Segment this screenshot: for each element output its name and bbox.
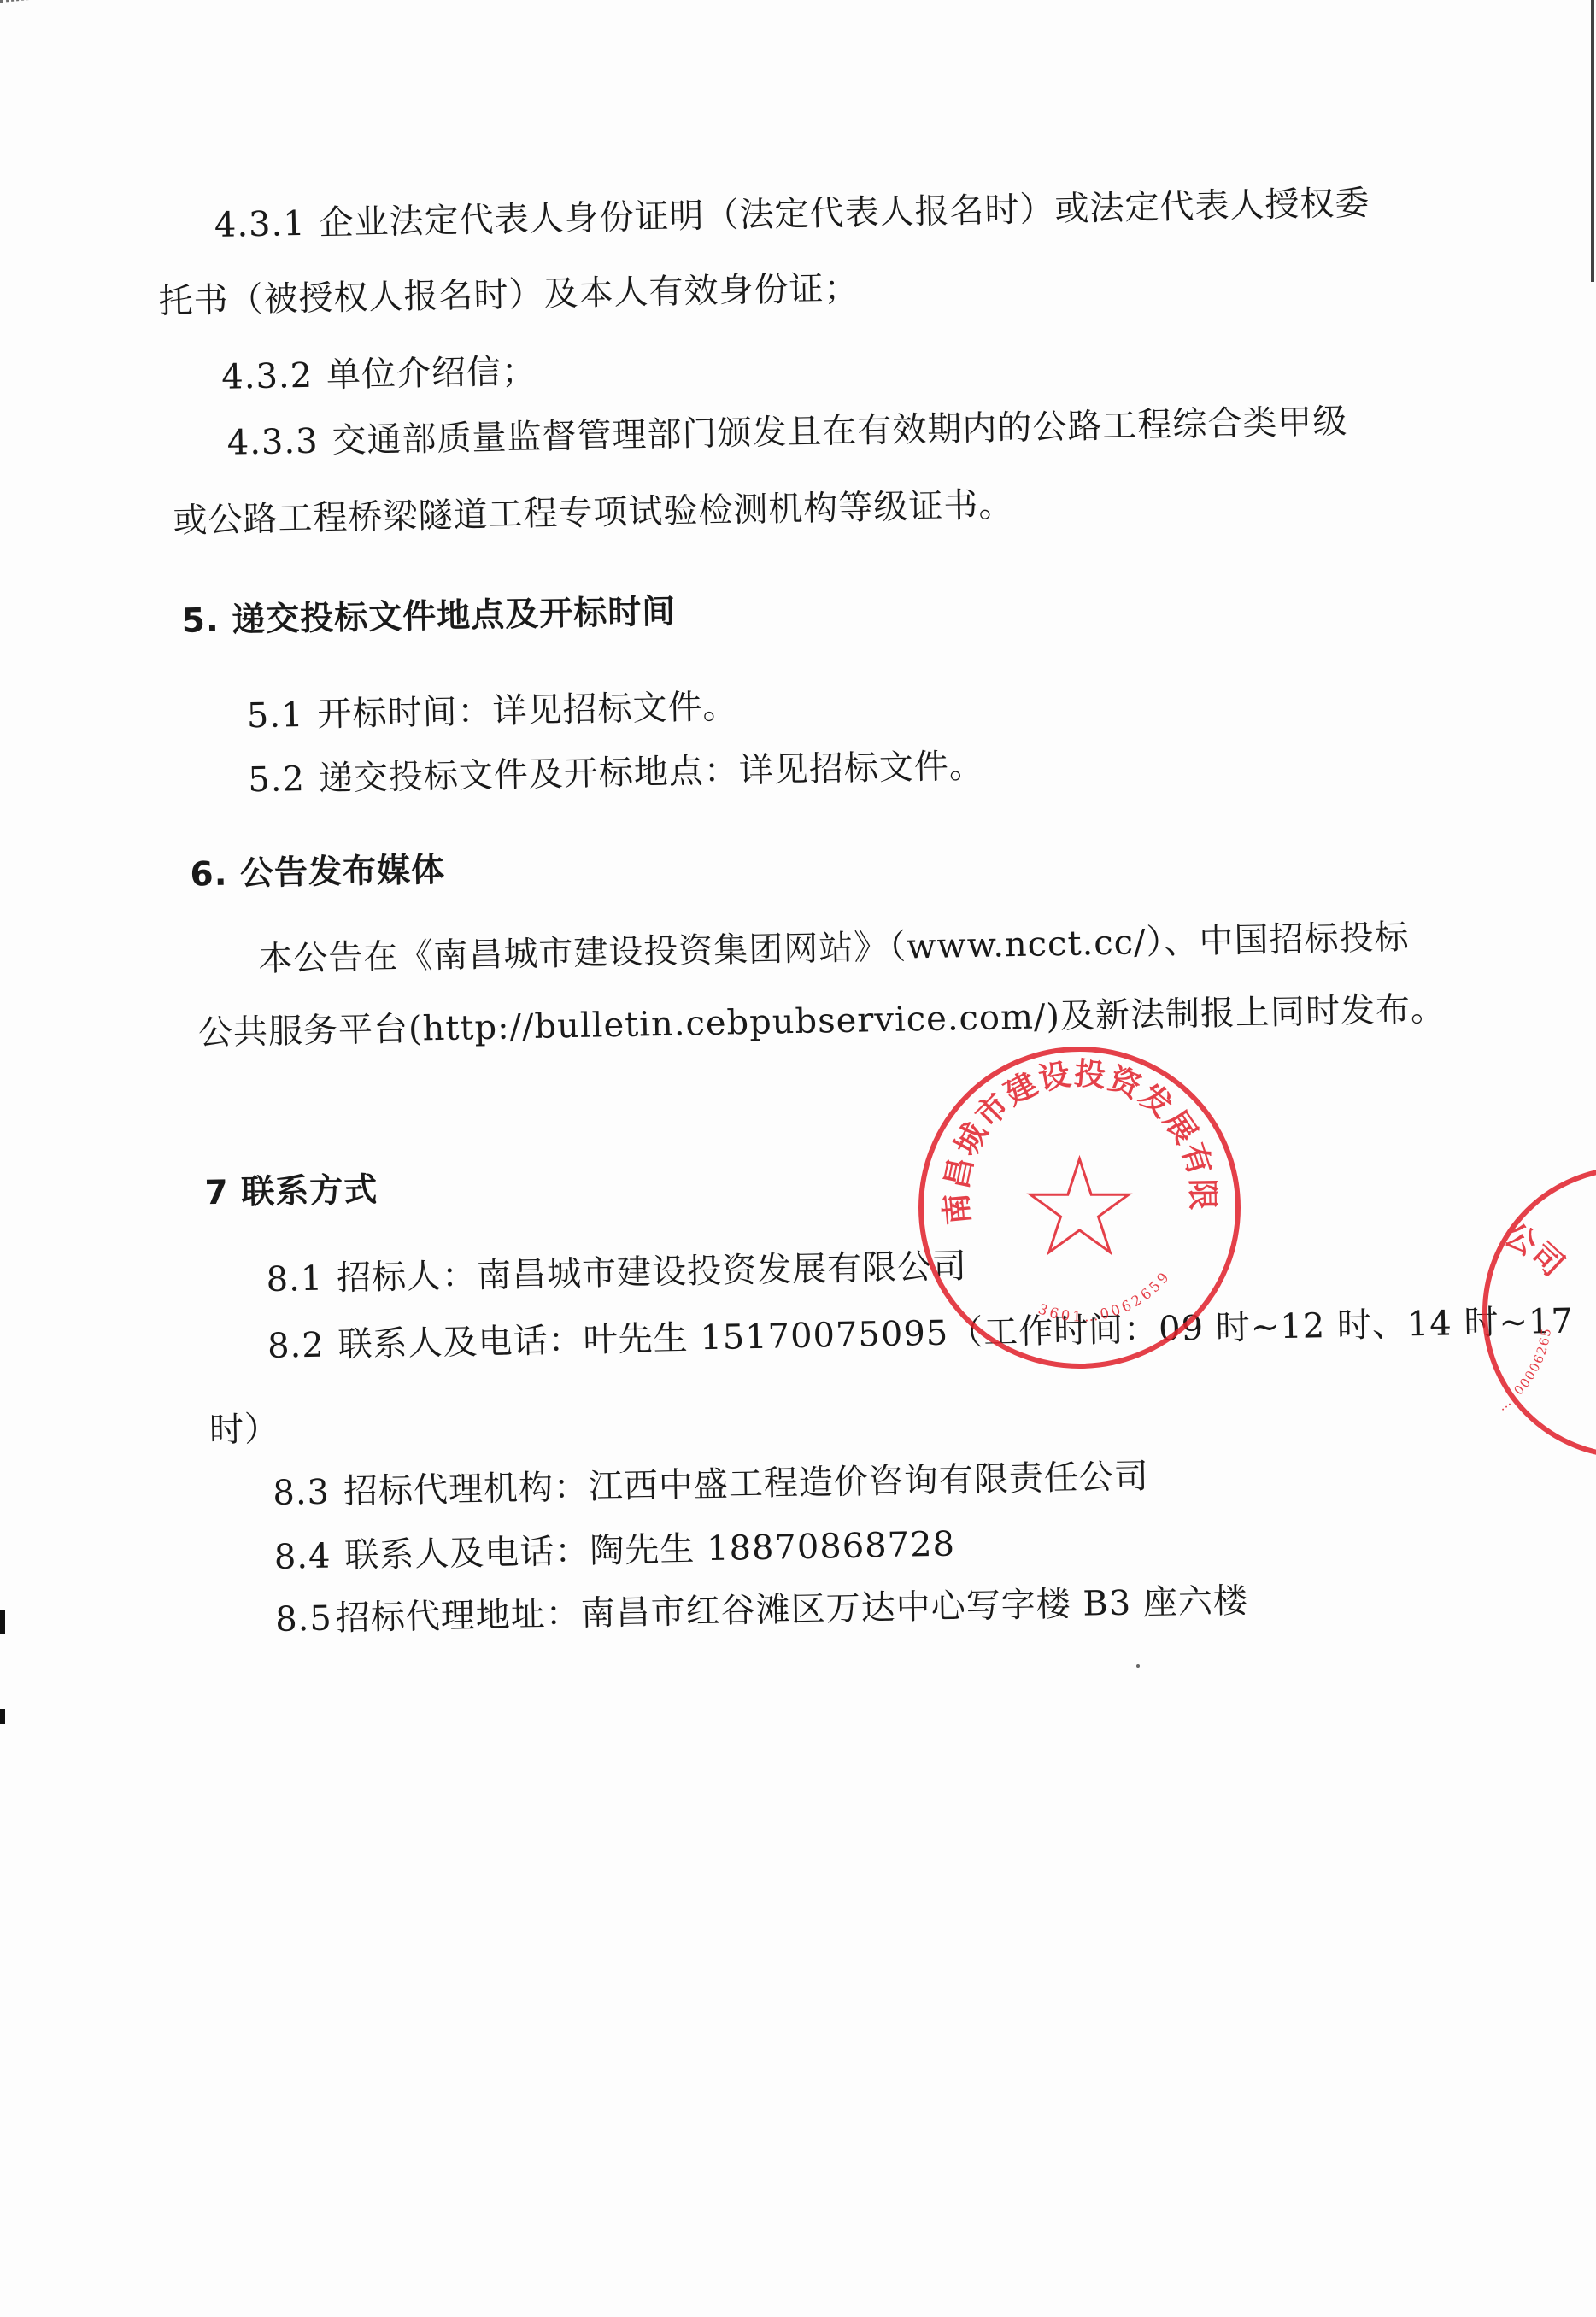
item-8-3: 8.3招标代理机构：江西中盛工程造价咨询有限责任公司	[273, 1459, 1149, 1510]
section-5-heading: 5. 递交投标文件地点及开标时间	[181, 595, 676, 638]
company-seal-partial: 公司 …1000062659	[1482, 1166, 1596, 1458]
item-text: 招标代理机构：江西中盛工程造价咨询有限责任公司	[343, 1457, 1150, 1511]
item-number: 8.4	[273, 1537, 331, 1577]
item-4-3-2: 4.3.2单位介绍信；	[221, 355, 537, 395]
item-text: 企业法定代表人身份证明（法定代表人报名时）或法定代表人授权委	[319, 184, 1370, 243]
document-body: 4.3.1企业法定代表人身份证明（法定代表人报名时）或法定代表人授权委 托书（被…	[0, 0, 1596, 2317]
item-text: 联系人及电话：陶先生 18870868728	[344, 1525, 955, 1576]
item-8-1: 8.1招标人：南昌城市建设投资发展有限公司	[266, 1249, 967, 1297]
item-8-2-continuation: 时）	[209, 1412, 280, 1448]
seal-ring-text: 公司 …1000062659	[1487, 1171, 1596, 1453]
item-4-3-3-line1: 4.3.3交通部质量监督管理部门颁发且在有效期内的公路工程综合类甲级	[226, 404, 1347, 460]
item-number: 5.1	[246, 695, 303, 736]
scanned-document-page: 4.3.1企业法定代表人身份证明（法定代表人报名时）或法定代表人授权委 托书（被…	[0, 0, 1596, 2317]
item-number: 8.2	[267, 1326, 325, 1366]
item-text: 招标代理地址：南昌市红谷滩区万达中心写字楼 B3 座六楼	[335, 1581, 1248, 1638]
section-6-paragraph-line1: 本公告在《南昌城市建设投资集团网站》（www.ncct.cc/）、中国招标投标	[258, 920, 1410, 977]
section-6-paragraph-line2: 公共服务平台(http://bulletin.cebpubservice.com…	[198, 992, 1446, 1050]
scan-artifact-page-edge	[1591, 0, 1594, 282]
item-number: 8.3	[273, 1473, 330, 1513]
item-4-3-3-line2: 或公路工程桥梁隧道工程专项试验检测机构等级证书。	[173, 488, 1014, 538]
star-icon: ★	[1022, 1144, 1136, 1272]
item-text: 招标人：南昌城市建设投资发展有限公司	[337, 1246, 968, 1298]
item-5-2: 5.2递交投标文件及开标地点：详见招标文件。	[248, 749, 984, 798]
seal-partial-code: …1000062659	[1487, 1171, 1554, 1414]
scan-artifact-left-mark	[0, 1610, 5, 1634]
item-text: 单位介绍信；	[326, 352, 537, 396]
company-seal: 南昌城市建设投资发展有限公司 3601…0062659 ★	[918, 1047, 1241, 1369]
item-number: 8.5	[275, 1599, 332, 1639]
item-5-1: 5.1开标时间：详见招标文件。	[247, 689, 738, 733]
seal-partial-text: 公司	[1498, 1216, 1571, 1283]
item-text: 开标时间：详见招标文件。	[317, 687, 738, 734]
item-number: 4.3.2	[221, 356, 314, 397]
item-8-5: 8.5招标代理地址：南昌市红谷滩区万达中心写字楼 B3 座六楼	[275, 1584, 1248, 1637]
item-number: 4.3.1	[214, 204, 306, 245]
svg-text:…1000062659: …1000062659	[1487, 1171, 1554, 1414]
item-4-3-1-line1: 4.3.1企业法定代表人身份证明（法定代表人报名时）或法定代表人授权委	[214, 186, 1370, 243]
svg-text:公司: 公司	[1498, 1216, 1571, 1283]
section-6-heading: 6. 公告发布媒体	[190, 853, 445, 892]
item-text: 递交投标文件及开标地点：详见招标文件。	[319, 747, 985, 799]
item-8-2: 8.2联系人及电话：叶先生 15170075095（工作时间：09 时~12 时…	[267, 1305, 1575, 1364]
item-4-3-1-line2: 托书（被授权人报名时）及本人有效身份证；	[158, 271, 860, 319]
section-7-heading: 7 联系方式	[204, 1173, 378, 1210]
item-number: 8.1	[266, 1259, 323, 1299]
item-number: 5.2	[248, 760, 305, 800]
item-number: 4.3.3	[226, 422, 319, 463]
item-text: 交通部质量监督管理部门颁发且在有效期内的公路工程综合类甲级	[332, 402, 1348, 460]
item-8-4: 8.4联系人及电话：陶先生 18870868728	[273, 1528, 955, 1575]
scan-artifact-left-mark	[0, 1709, 5, 1724]
scan-artifact-dot	[1136, 1664, 1140, 1668]
